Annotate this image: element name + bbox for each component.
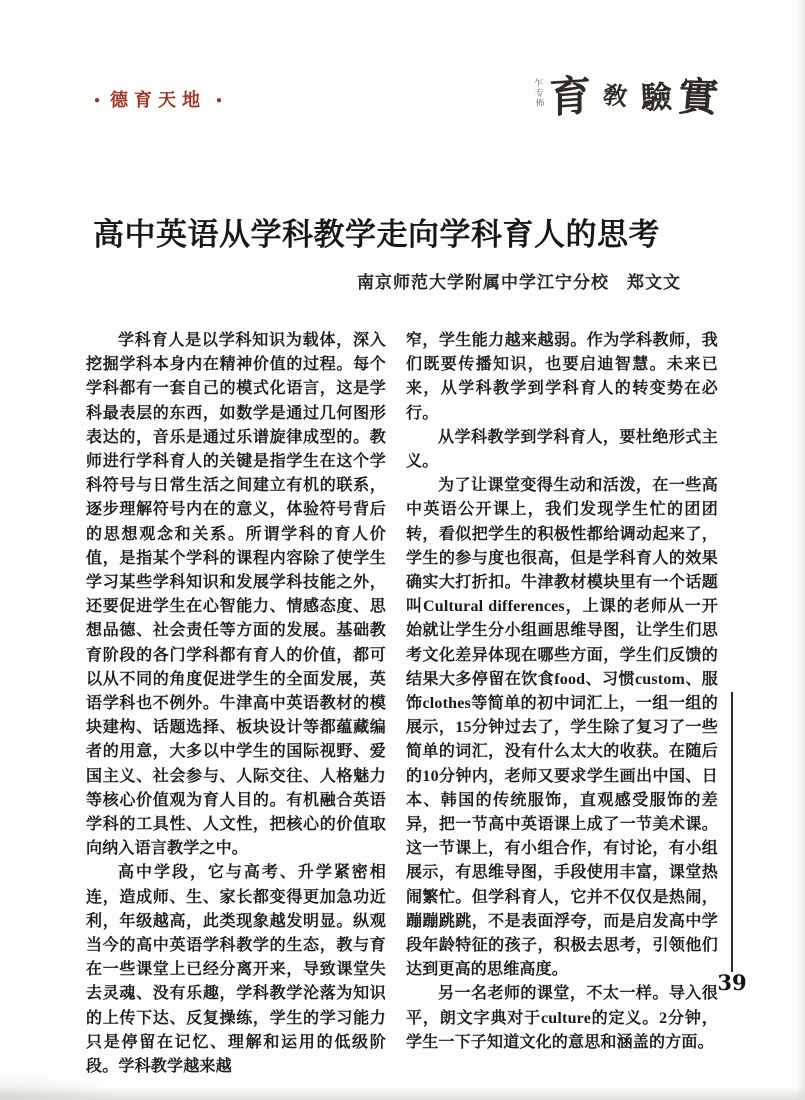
logo-char: 驗 [640, 75, 673, 121]
paragraph-continuation: 窄，学生能力越来越弱。作为学科教师，我们既要传播知识，也要启迪智慧。未来已来，从… [406, 329, 718, 426]
article-title: 高中英语从学科教学走向学科育人的思考 [93, 209, 703, 254]
paragraph: 从学科教学到学科育人，要杜绝形式主义。 [406, 426, 718, 474]
scan-edge-right [796, 0, 805, 1100]
scan-edge-corner [0, 1074, 120, 1100]
bullet-icon: ● [94, 95, 100, 106]
section-label: ● 德育天地 ● [94, 86, 222, 112]
scan-edge-bottom [0, 1086, 805, 1100]
bullet-icon: ● [216, 95, 222, 106]
paragraph: 高中学段，它与高考、升学紧密相连，造成师、生、家长都变得更加急功近利，年级越高，… [86, 861, 386, 1079]
logo-signature: 乍专佈 [533, 78, 544, 108]
body-left-column: 学科育人是以学科知识为载体，深入挖掘学科本身内在精神价值的过程。每个学科都有一套… [86, 329, 386, 1079]
logo-char: 育 [549, 66, 591, 129]
body-right-column: 窄，学生能力越来越弱。作为学科教师，我们既要传播知识，也要启迪智慧。未来已来，从… [406, 329, 718, 1055]
section-label-text: 德育天地 [110, 86, 206, 112]
paragraph: 另一名老师的课堂，不太一样。导入很平，朗文字典对于culture的定义。2分钟，… [406, 982, 718, 1055]
author-affiliation: 南京师范大学附属中学江宁分校 郑文文 [357, 268, 681, 293]
scanned-article-page: ● 德育天地 ● 乍专佈 育 敎 驗 實 高中英语从学科教学走向学科育人的思考 … [0, 0, 805, 1100]
paragraph: 为了让课堂变得生动和活泼，在一些高中英语公开课上，我们发现学生忙的团团转，看似把… [406, 474, 718, 982]
logo-char: 敎 [602, 81, 629, 113]
paragraph: 学科育人是以学科知识为载体，深入挖掘学科本身内在精神价值的过程。每个学科都有一套… [86, 329, 386, 861]
logo-char: 實 [676, 69, 721, 126]
page-number-rule [731, 692, 733, 972]
page-number: 39 [712, 970, 752, 995]
journal-calligraphy-logo: 乍专佈 育 敎 驗 實 [534, 68, 684, 134]
